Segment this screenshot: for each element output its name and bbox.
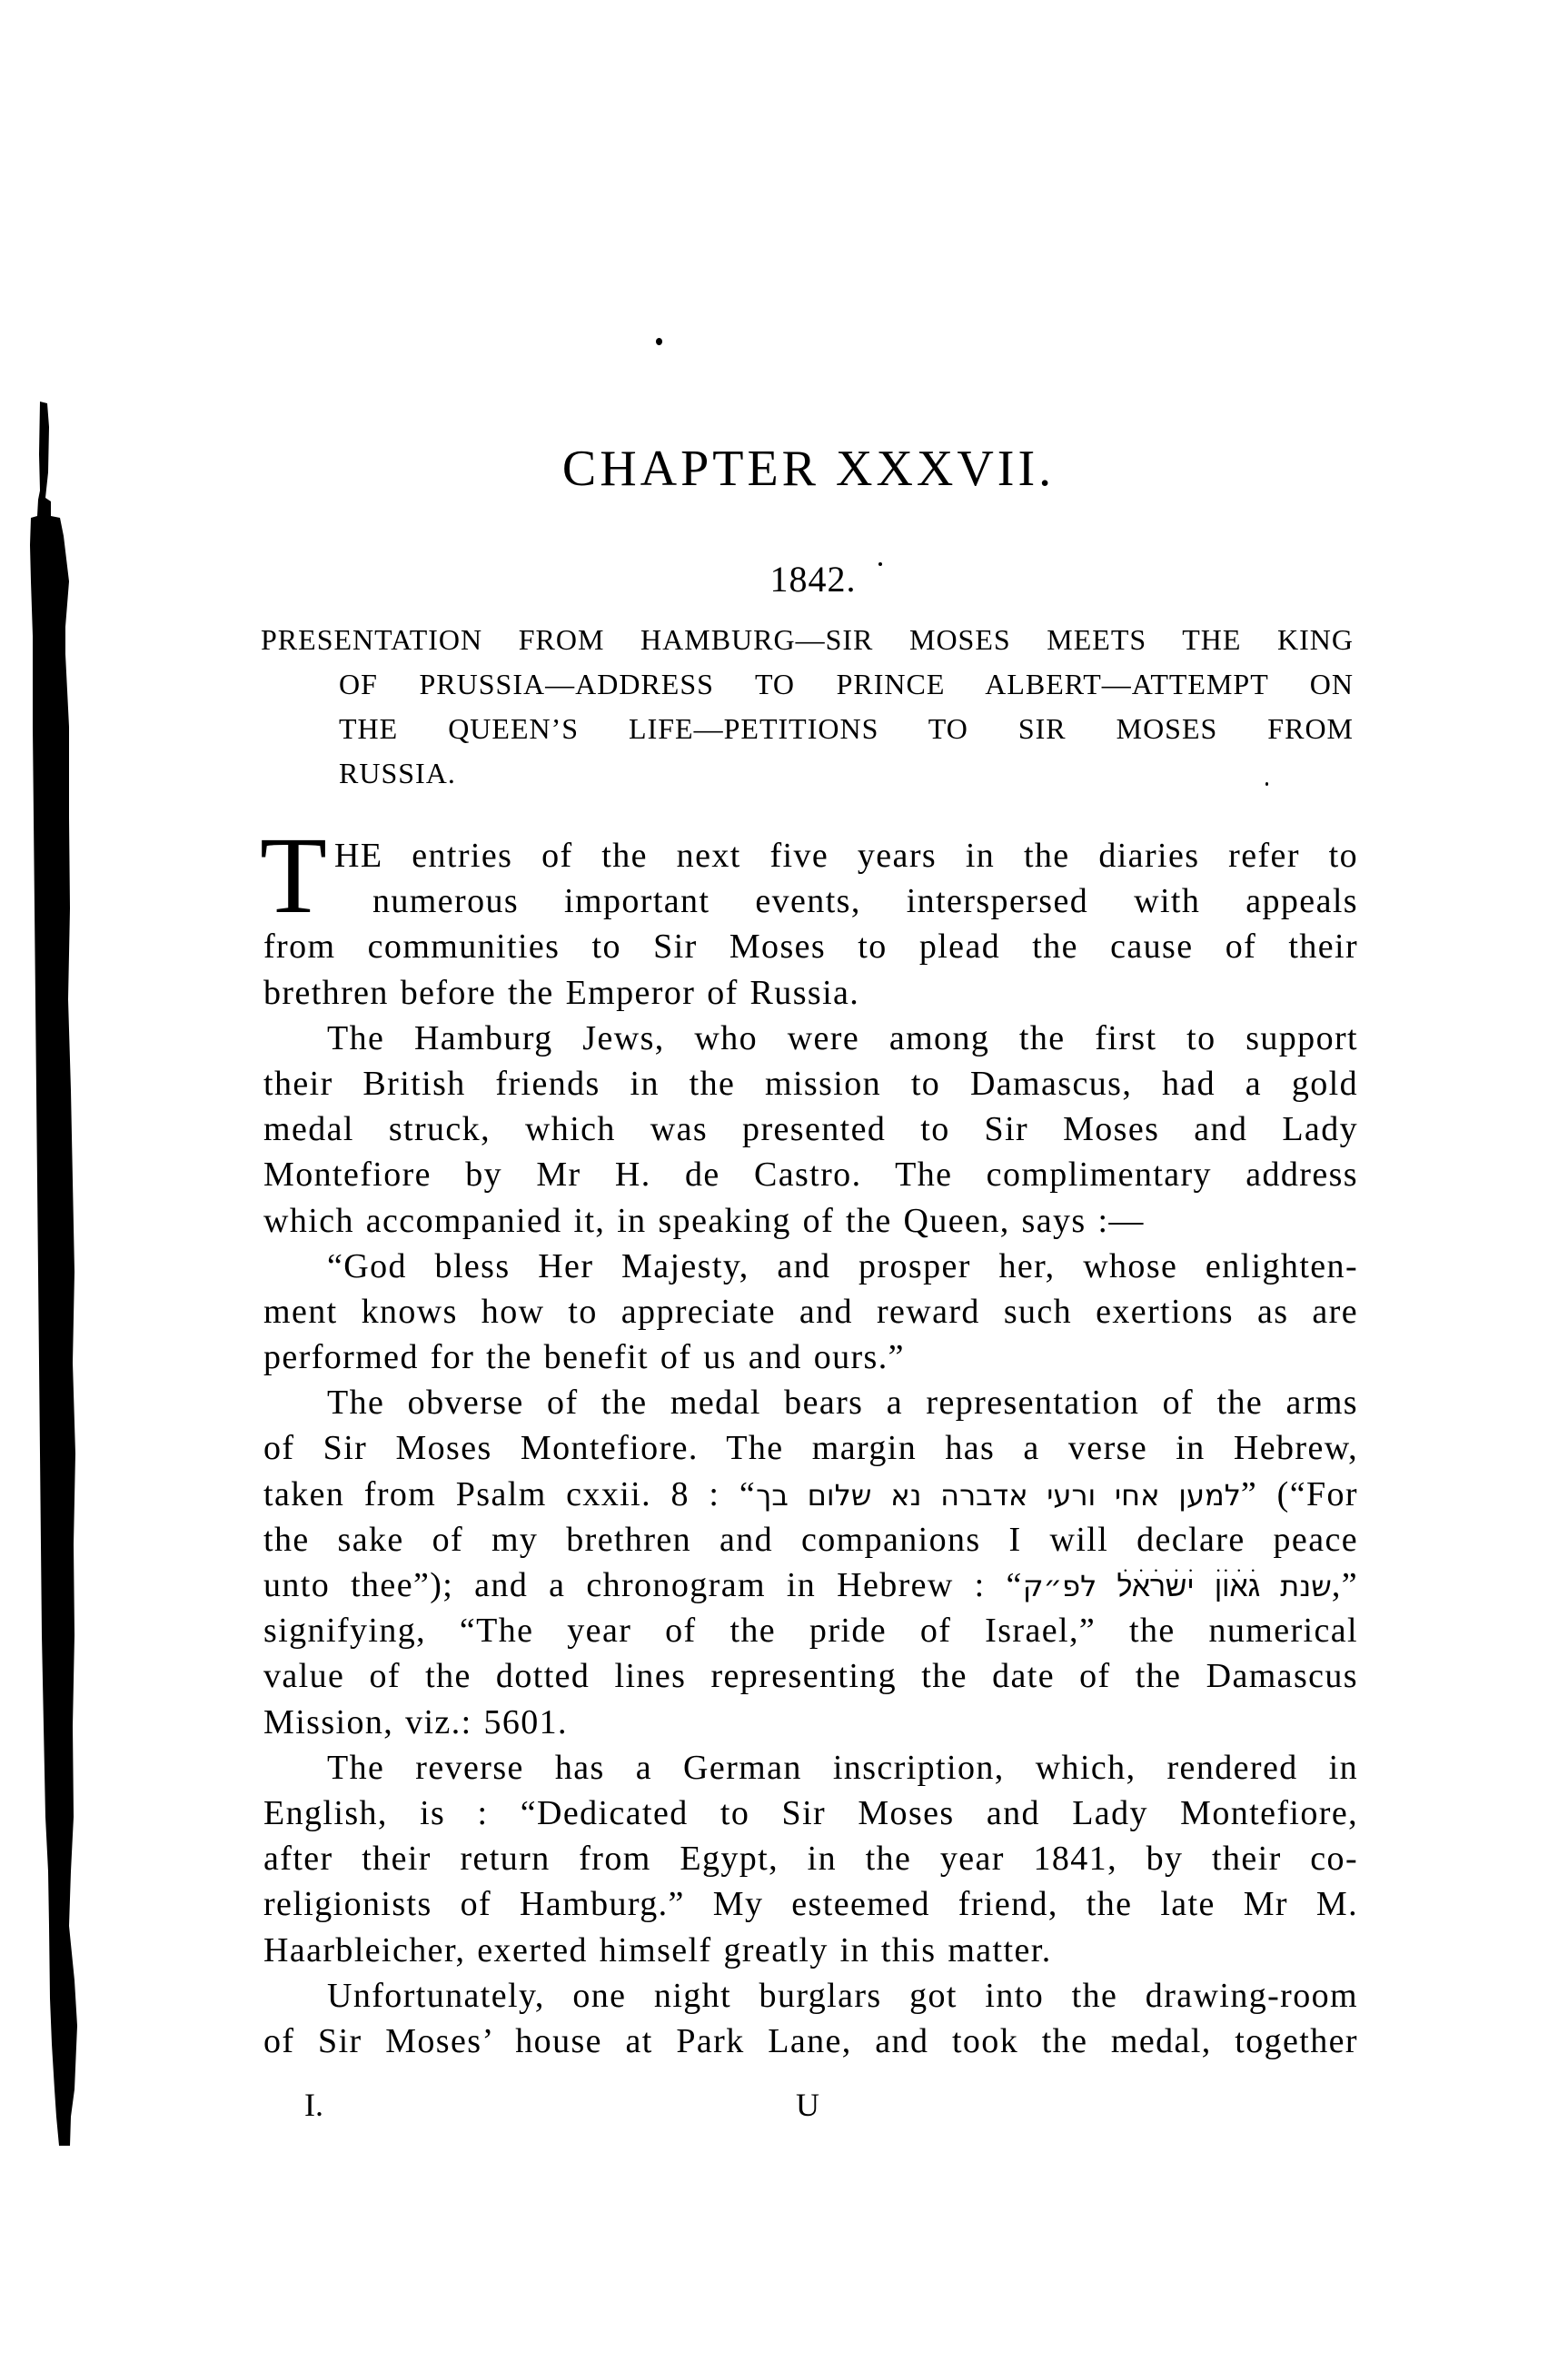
text-line: Montefiore by Mr H. de Castro. The compl…	[263, 1152, 1358, 1197]
text-line: numerous important events, interspersed …	[372, 878, 1358, 924]
text-line: brethren before the Emperor of Russia.	[263, 970, 1358, 1016]
text-segment: ,”	[1332, 1566, 1358, 1604]
text-line: performed for the benefit of us and ours…	[263, 1334, 1358, 1380]
text-line: religionists of Hamburg.” My esteemed fr…	[263, 1881, 1358, 1927]
binding-shadow-mark	[0, 0, 109, 2371]
text-line: ment knows how to appreciate and reward …	[263, 1289, 1358, 1334]
hebrew-verse: למען אחי ורעי אדברה נא שלום בך	[756, 1478, 1241, 1513]
text-line: The obverse of the medal bears a represe…	[327, 1380, 1358, 1425]
text-segment: unto thee”); and a chronogram in Hebrew …	[263, 1566, 1023, 1604]
synopsis-line: PRESENTATION FROM HAMBURG—SIR MOSES MEET…	[261, 618, 1354, 662]
hebrew-chronogram: שנת גׄאׄוׄןׄ יׄשׄרׄאׄלׄ לפ״ק	[1023, 1569, 1332, 1603]
text-line: signifying, “The year of the pride of Is…	[263, 1608, 1358, 1653]
book-page: CHAPTER XXXVII. 1842. PRESENTATION FROM …	[0, 0, 1568, 2371]
chapter-title: CHAPTER XXXVII.	[509, 443, 1108, 494]
chapter-year: 1842.	[722, 561, 904, 598]
synopsis-line: OF PRUSSIA—ADDRESS TO PRINCE ALBERT—ATTE…	[339, 662, 1354, 707]
text-line: Unfortunately, one night burglars got in…	[327, 1973, 1358, 2019]
chapter-synopsis: PRESENTATION FROM HAMBURG—SIR MOSES MEET…	[261, 618, 1354, 796]
text-line: English, is : “Dedicated to Sir Moses an…	[263, 1791, 1358, 1836]
text-line: Haarbleicher, exerted himself greatly in…	[263, 1928, 1358, 1973]
text-line: which accompanied it, in speaking of the…	[263, 1198, 1358, 1244]
text-line: HE entries of the next five years in the…	[334, 833, 1358, 878]
text-line-with-hebrew: unto thee”); and a chronogram in Hebrew …	[263, 1562, 1358, 1608]
synopsis-line: RUSSIA.	[339, 751, 1354, 796]
text-line: Mission, viz.: 5601.	[263, 1700, 1358, 1745]
text-line: their British friends in the mission to …	[263, 1061, 1358, 1106]
text-line: of Sir Moses’ house at Park Lane, and to…	[263, 2019, 1358, 2064]
ink-speck	[656, 338, 662, 345]
text-line: of Sir Moses Montefiore. The margin has …	[263, 1425, 1358, 1471]
text-line: “God bless Her Majesty, and prosper her,…	[327, 1244, 1358, 1289]
text-segment: ” (“For	[1241, 1475, 1358, 1513]
text-line: The Hamburg Jews, who were among the fir…	[327, 1016, 1358, 1061]
text-line: value of the dotted lines representing t…	[263, 1653, 1358, 1699]
volume-signature: I.	[304, 2088, 323, 2121]
text-line: after their return from Egypt, in the ye…	[263, 1836, 1358, 1881]
sheet-signature: U	[796, 2088, 819, 2121]
text-line: The reverse has a German inscription, wh…	[327, 1745, 1358, 1791]
text-line-with-hebrew: taken from Psalm cxxii. 8 : “למען אחי ור…	[263, 1472, 1358, 1517]
body-text: HE entries of the next five years in the…	[263, 833, 1358, 2064]
text-line: the sake of my brethren and companions I…	[263, 1517, 1358, 1562]
text-line: medal struck, which was presented to Sir…	[263, 1106, 1358, 1152]
text-segment: taken from Psalm cxxii. 8 : “	[263, 1475, 756, 1513]
text-line: from communities to Sir Moses to plead t…	[263, 924, 1358, 969]
synopsis-line: THE QUEEN’S LIFE—PETITIONS TO SIR MOSES …	[339, 707, 1354, 751]
